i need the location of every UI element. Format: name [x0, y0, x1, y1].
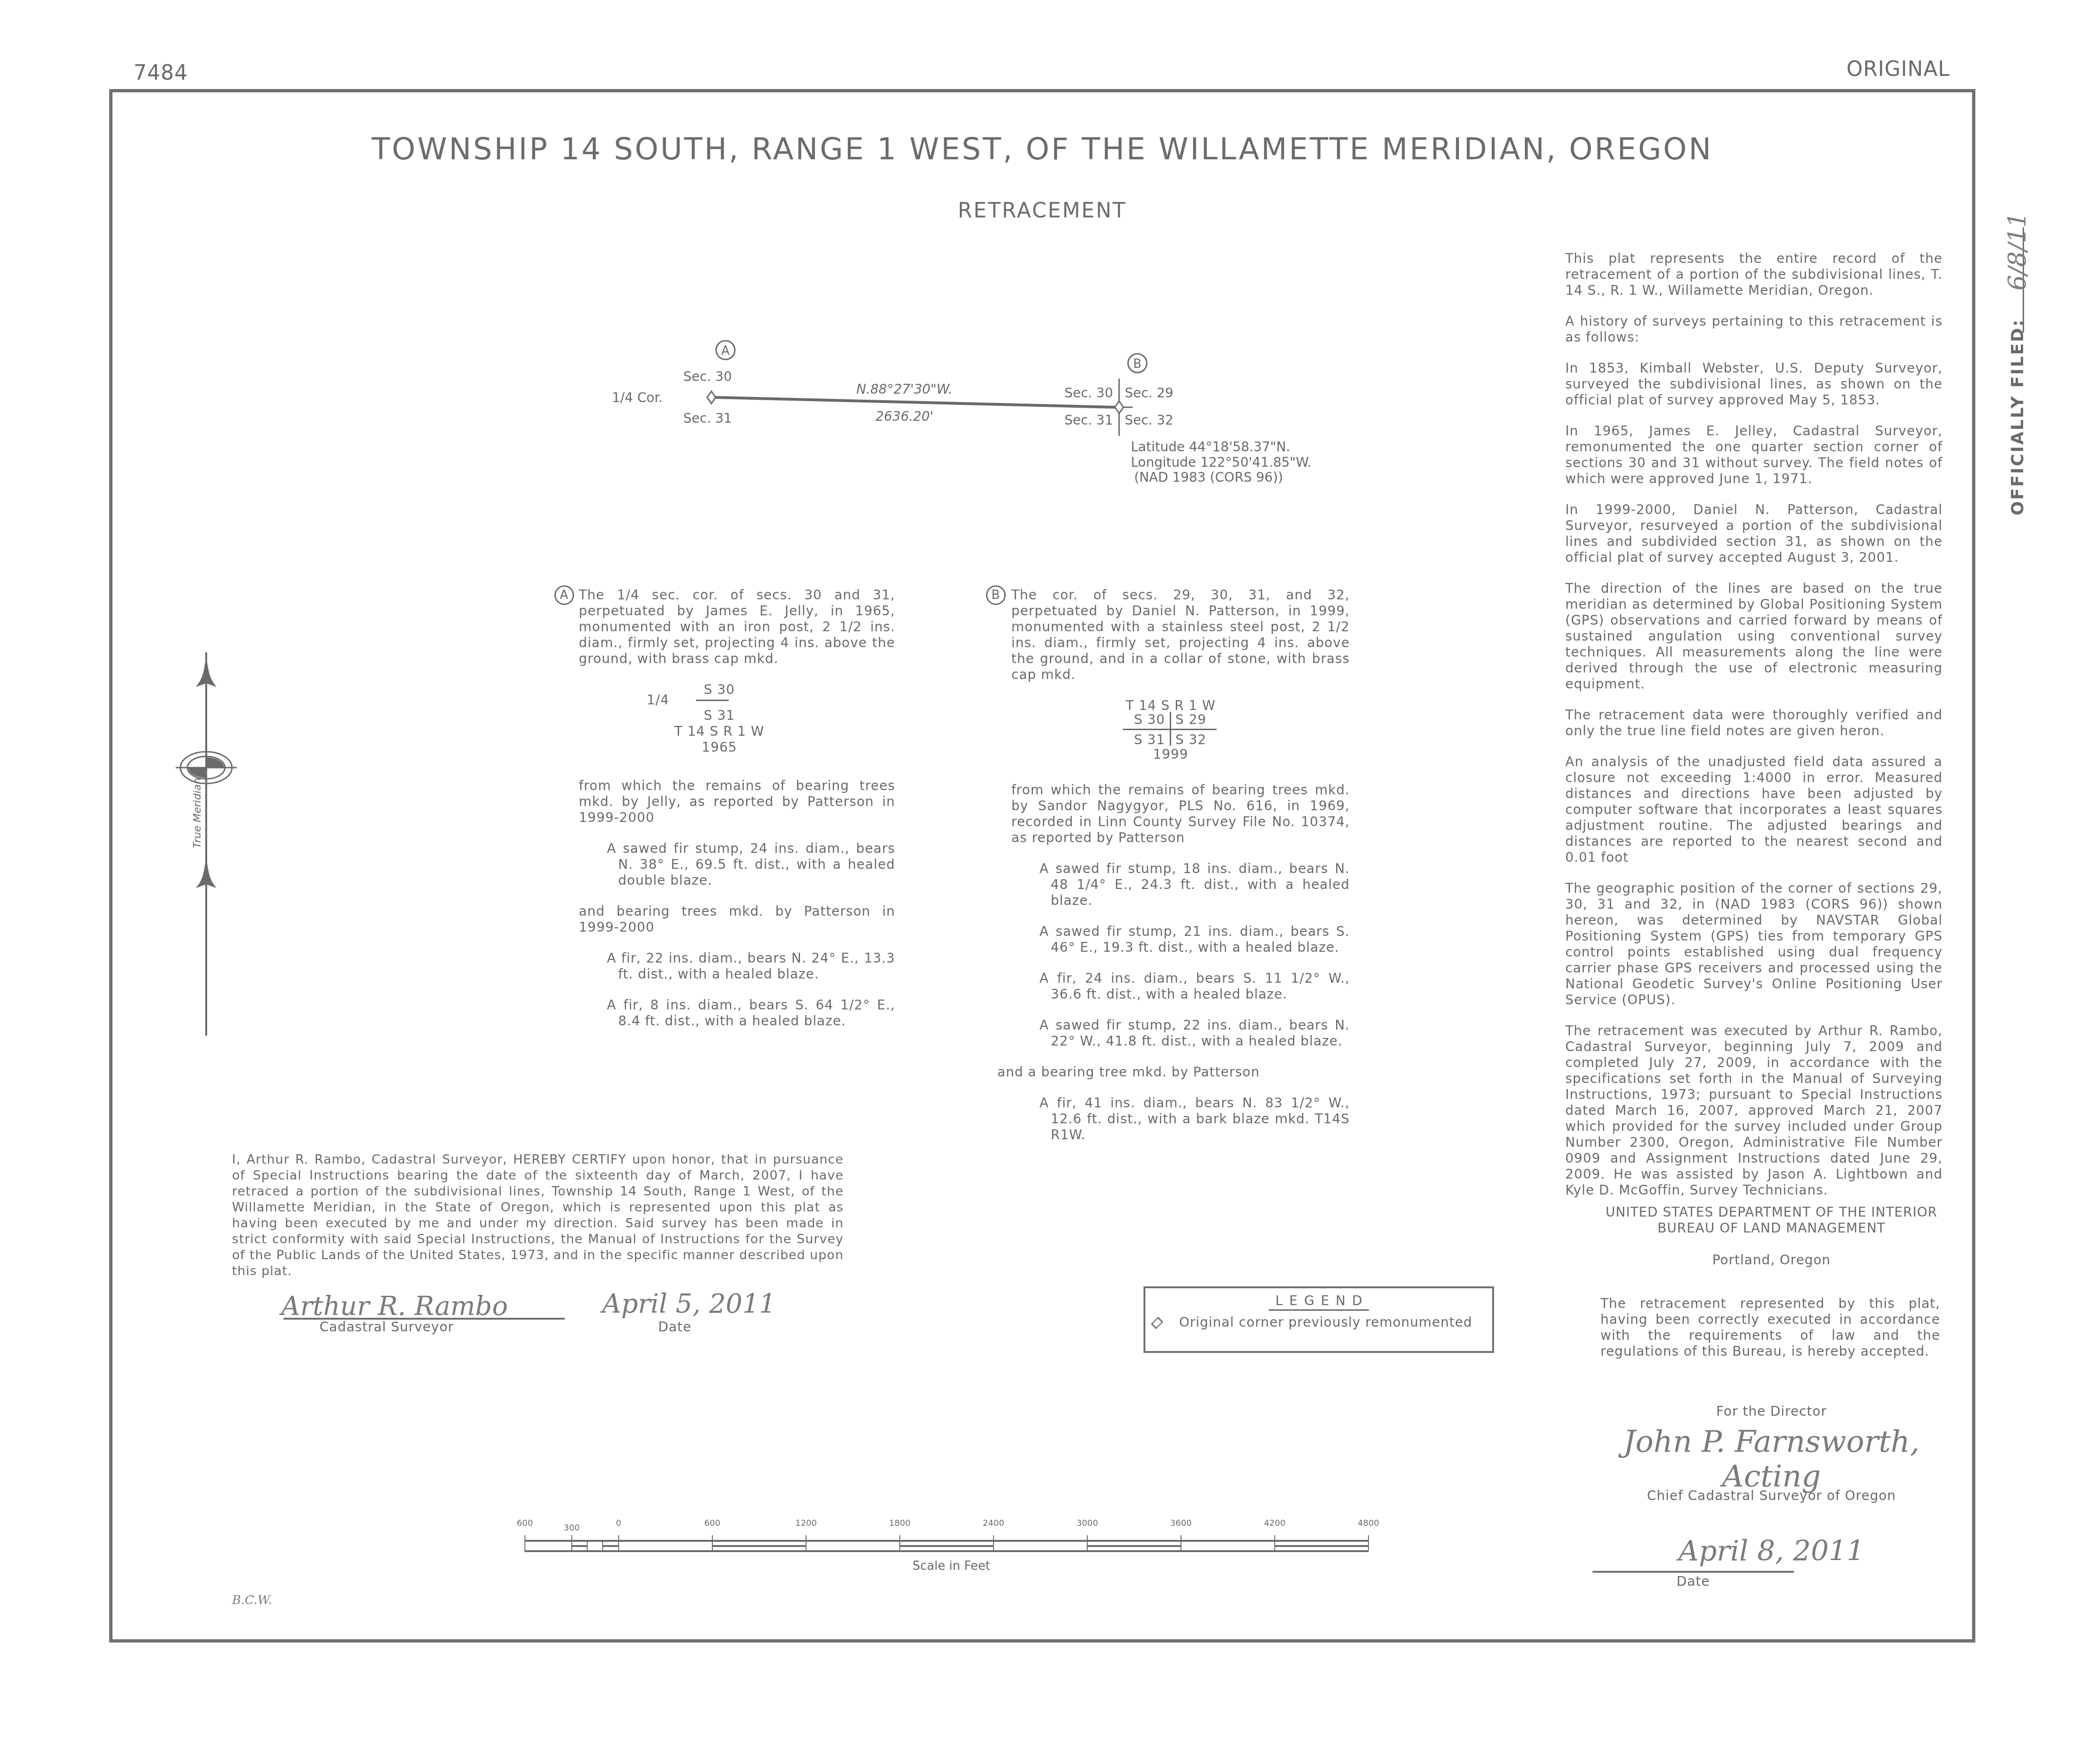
svg-text:B: B [1133, 357, 1142, 371]
section-line [716, 397, 1115, 407]
svg-text:2400: 2400 [983, 1518, 1004, 1528]
note-a-marker: A [554, 585, 574, 605]
director-date-label: Date [1592, 1574, 1794, 1590]
svg-text:300: 300 [564, 1523, 580, 1533]
bearing-tree-item: A fir, 41 ins. diam., bears N. 83 1/2° W… [1023, 1095, 1350, 1143]
bearing-tree-item: A sawed fir stump, 22 ins. diam., bears … [1023, 1017, 1350, 1049]
agency-line-1: UNITED STATES DEPARTMENT OF THE INTERIOR [1584, 1204, 1959, 1220]
original-stamp: ORIGINAL [1846, 57, 1950, 81]
note-a-intro: The 1/4 sec. cor. of secs. 30 and 31, pe… [579, 587, 895, 667]
record-paragraph: In 1999-2000, Daniel N. Patterson, Cadas… [1565, 502, 1943, 566]
acceptance-statement: The retracement represented by this plat… [1600, 1296, 1940, 1359]
svg-text:Scale in Feet: Scale in Feet [912, 1559, 990, 1573]
svg-text:1200: 1200 [795, 1518, 817, 1528]
svg-text:True Meridian: True Meridian [192, 778, 203, 848]
page-title: TOWNSHIP 14 SOUTH, RANGE 1 WEST, OF THE … [109, 132, 1975, 167]
note-b: B The cor. of secs. 29, 30, 31, and 32, … [984, 587, 1350, 1158]
note-b-remains-intro: from which the remains of bearing trees … [1011, 782, 1350, 846]
note-b-intro: The cor. of secs. 29, 30, 31, and 32, pe… [1011, 587, 1350, 683]
survey-line-diagram: A Sec. 30 1/4 Cor. Sec. 31 N.88°27'30"W.… [609, 319, 1359, 506]
right-column-notes: This plat represents the entire record o… [1565, 251, 1943, 1213]
svg-text:3600: 3600 [1170, 1518, 1192, 1528]
note-a: A The 1/4 sec. cor. of secs. 30 and 31, … [551, 587, 895, 1044]
record-paragraph: The retracement data were thoroughly ver… [1565, 707, 1943, 739]
surveyor-certification: I, Arthur R. Rambo, Cadastral Surveyor, … [232, 1152, 844, 1279]
svg-text:N.88°27'30"W.: N.88°27'30"W. [856, 381, 953, 397]
legend-item: Original corner previously remonumented [1152, 1314, 1492, 1330]
corner-a-diamond-icon [707, 391, 716, 403]
agency-line-2: BUREAU OF LAND MANAGEMENT [1584, 1220, 1959, 1236]
corner-b-diamond-icon [1115, 401, 1123, 413]
svg-text:1/4 Cor.: 1/4 Cor. [612, 390, 663, 405]
record-paragraph: In 1965, James E. Jelley, Cadastral Surv… [1565, 423, 1943, 487]
svg-text:4200: 4200 [1264, 1518, 1285, 1528]
page-subtitle: RETRACEMENT [109, 199, 1975, 223]
legend-box: LEGEND Original corner previously remonu… [1143, 1286, 1494, 1353]
surveyor-signature: Arthur R. Rambo [281, 1291, 508, 1322]
note-a-cap-marking: S 30 1/4 S 31 T 14 S R 1 W 1965 [579, 682, 895, 759]
svg-text:(NAD 1983 (CORS 96)): (NAD 1983 (CORS 96)) [1134, 470, 1283, 485]
director-signature: John P. Farnsworth, Acting [1584, 1425, 1959, 1494]
note-b-marker: B [986, 585, 1006, 605]
svg-text:Sec. 32: Sec. 32 [1125, 412, 1173, 428]
svg-text:600: 600 [704, 1518, 720, 1528]
surveyor-label: Cadastral Surveyor [284, 1319, 490, 1335]
bearing-tree-item: A fir, 24 ins. diam., bears S. 11 1/2° W… [1023, 971, 1350, 1002]
note-b-new-intro: and a bearing tree mkd. by Patterson [997, 1064, 1350, 1080]
record-paragraph: The retracement was executed by Arthur R… [1565, 1023, 1943, 1198]
note-a-remains-intro: from which the remains of bearing trees … [579, 778, 895, 826]
record-paragraph: The direction of the lines are based on … [1565, 581, 1943, 692]
surveyor-date-label: Date [605, 1319, 745, 1335]
svg-text:600: 600 [517, 1518, 533, 1528]
bearing-tree-item: A sawed fir stump, 24 ins. diam., bears … [590, 841, 895, 889]
for-the-director: For the Director [1584, 1404, 1959, 1419]
legend-title: LEGEND [1269, 1293, 1368, 1311]
record-paragraph: A history of surveys pertaining to this … [1565, 314, 1943, 345]
svg-text:Latitude 44°18'58.37"N.: Latitude 44°18'58.37"N. [1131, 439, 1290, 455]
director-title: Chief Cadastral Surveyor of Oregon [1584, 1488, 1959, 1504]
plat-number: 7484 [134, 61, 188, 85]
svg-text:Longitude 122°50'41.85"W.: Longitude 122°50'41.85"W. [1131, 455, 1311, 470]
svg-text:Sec. 31: Sec. 31 [683, 411, 732, 426]
svg-text:Sec. 29: Sec. 29 [1125, 385, 1173, 401]
diamond-icon [1151, 1317, 1163, 1329]
svg-text:0: 0 [616, 1518, 621, 1528]
surveyor-date-handwritten: April 5, 2011 [602, 1289, 776, 1319]
agency-location: Portland, Oregon [1584, 1252, 1959, 1268]
bearing-tree-item: A sawed fir stump, 21 ins. diam., bears … [1023, 924, 1350, 956]
svg-text:Sec. 30: Sec. 30 [1064, 385, 1113, 401]
record-paragraph: This plat represents the entire record o… [1565, 251, 1943, 299]
bearing-tree-item: A fir, 22 ins. diam., bears N. 24° E., 1… [590, 950, 895, 982]
svg-text:4800: 4800 [1358, 1518, 1379, 1528]
officially-filed-label: OFFICIALLY FILED: [2008, 318, 2027, 515]
svg-text:Sec. 31: Sec. 31 [1064, 412, 1113, 428]
agency-block: UNITED STATES DEPARTMENT OF THE INTERIOR… [1584, 1204, 1959, 1268]
scale-bar: 60030006001200180024003000360042004800 S… [506, 1509, 1397, 1603]
note-a-new-intro: and bearing trees mkd. by Patterson in 1… [579, 904, 895, 935]
svg-text:Sec. 30: Sec. 30 [683, 369, 732, 384]
director-date-line [1592, 1571, 1794, 1573]
bearing-tree-item: A sawed fir stump, 18 ins. diam., bears … [1023, 861, 1350, 909]
north-arrow-icon: True Meridian [159, 647, 253, 1045]
marker-a-label: A [721, 344, 730, 358]
filed-date-handwritten: 6/8/11 [2003, 212, 2032, 291]
svg-text:2636.20': 2636.20' [875, 409, 933, 424]
legend-item-label: Original corner previously remonumented [1179, 1314, 1472, 1330]
svg-text:1800: 1800 [889, 1518, 911, 1528]
director-date-handwritten: April 8, 2011 [1607, 1535, 1936, 1568]
drafter-initials: B.C.W. [232, 1593, 272, 1607]
note-b-cap-marking: T 14 S R 1 W S 30 S 29 S 31 S 32 1999 [1011, 698, 1350, 763]
record-paragraph: The geographic position of the corner of… [1565, 881, 1943, 1008]
bearing-tree-item: A fir, 8 ins. diam., bears S. 64 1/2° E.… [590, 997, 895, 1029]
record-paragraph: In 1853, Kimball Webster, U.S. Deputy Su… [1565, 360, 1943, 408]
svg-text:3000: 3000 [1076, 1518, 1098, 1528]
record-paragraph: An analysis of the unadjusted field data… [1565, 754, 1943, 866]
